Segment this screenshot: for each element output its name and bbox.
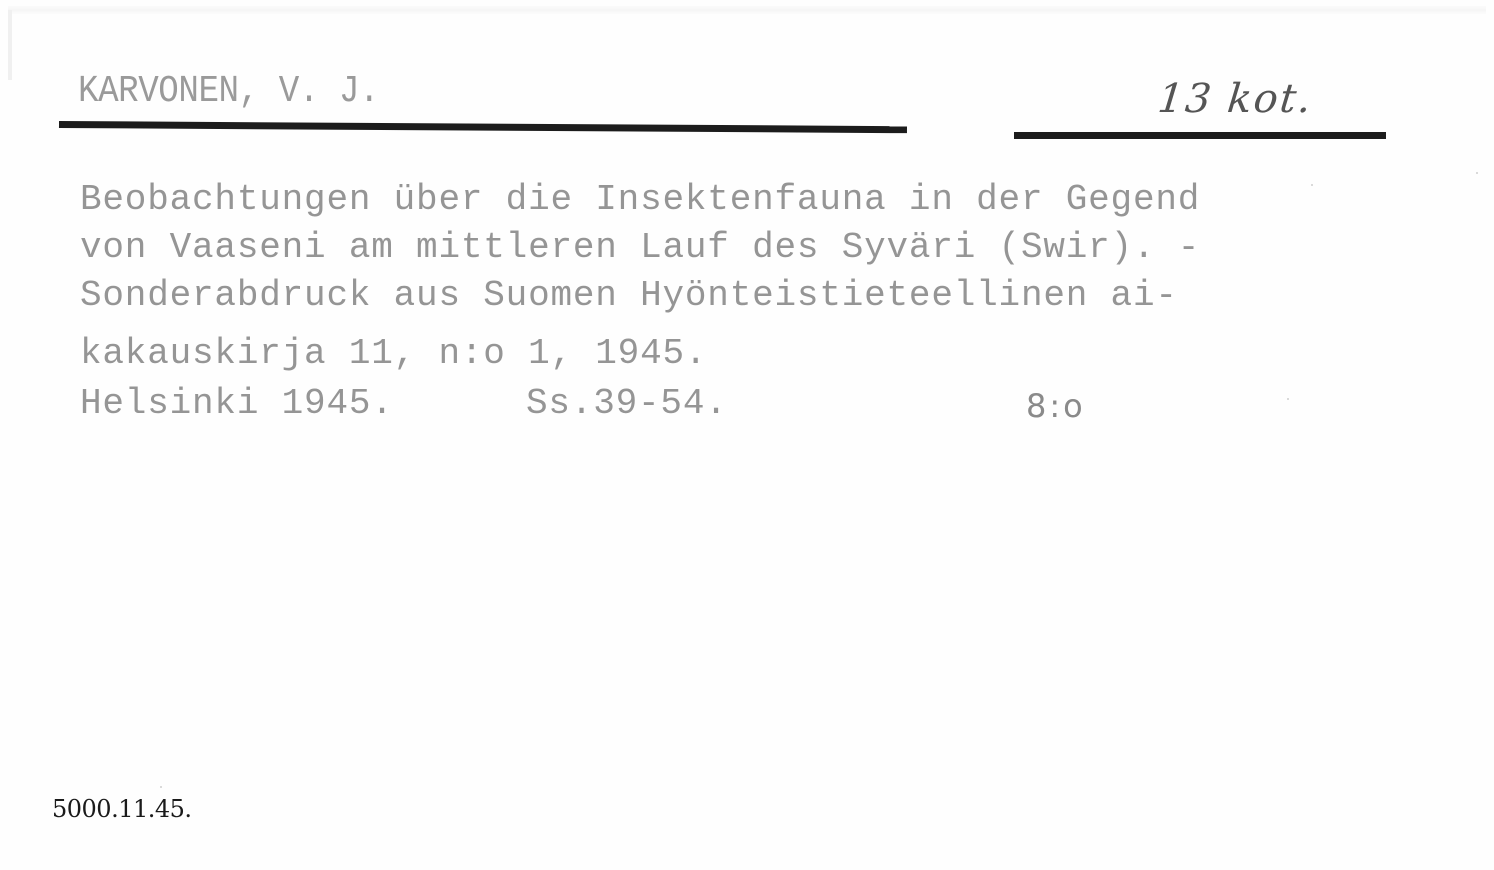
scan-speck	[1287, 398, 1289, 400]
printed-card-code: 5000.11.45.	[52, 794, 192, 824]
shelf-mark-underline	[1014, 132, 1386, 139]
description-line-4: kakauskirja 11, n:o 1, 1945.	[80, 334, 707, 374]
description-line-1: Beobachtungen über die Insektenfauna in …	[80, 180, 1200, 220]
imprint-pages: Ss.39-54.	[526, 384, 728, 424]
card-top-edge	[8, 6, 1486, 14]
shelf-mark-handwritten: 13 kot.	[1156, 76, 1316, 122]
imprint-place-year: Helsinki 1945.	[80, 384, 394, 424]
scan-speck	[1311, 184, 1313, 186]
imprint-format: 8:o	[1026, 386, 1086, 426]
description-line-3: Sonderabdruck aus Suomen Hyönteistieteel…	[80, 276, 1178, 316]
author-heading: KARVONEN, V. J.	[78, 70, 379, 114]
description-line-2: von Vaaseni am mittleren Lauf des Syväri…	[80, 228, 1200, 268]
card-left-edge	[8, 10, 12, 80]
catalog-card: KARVONEN, V. J. 13 kot. Beobachtungen üb…	[0, 0, 1494, 870]
scan-speck	[160, 786, 162, 788]
heading-underline	[59, 121, 907, 133]
scan-speck	[1476, 172, 1478, 174]
